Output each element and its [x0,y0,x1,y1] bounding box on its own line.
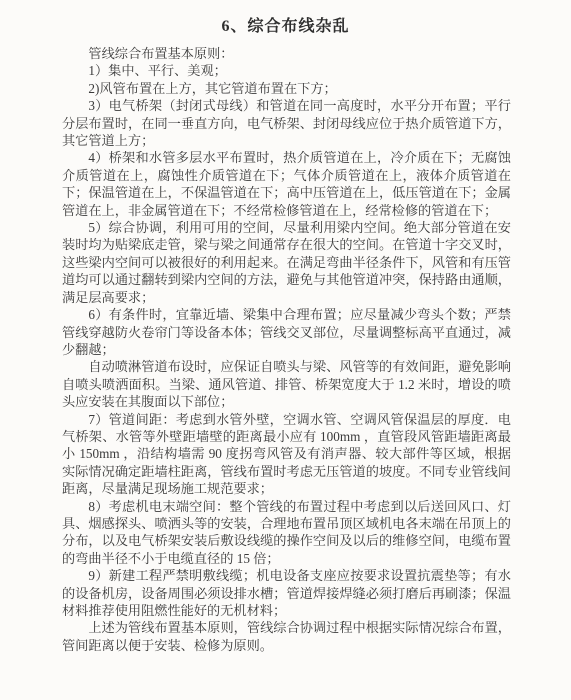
paragraph-conclusion: 上述为管线布置基本原则，管线综合协调过程中根据实际情况综合布置，管间距离以便于安… [62,619,511,654]
paragraph-rule-6: 6）有条件时，宜靠近墙、梁集中合理布置；应尽量减少弯头个数；严禁管线穿越防火卷帘… [62,306,511,358]
paragraph-rule-7: 7）管道间距：考虑到水管外壁，空调水管、空调风管保温层的厚度．电气桥架、水管等外… [62,411,511,498]
paragraph-rule-5: 5）综合协调，利用可用的空间，尽量利用梁内空间。绝大部分管道在安装时均为贴梁底走… [62,219,511,306]
paragraph-rule-2: 2)风管布置在上方，其它管道布置在下方； [62,80,511,97]
paragraph-rule-8: 8）考虑机电末端空间：整个管线的布置过程中考虑到以后送回风口、灯具、烟感探头、喷… [62,498,511,568]
paragraph-intro: 管线综合布置基本原则： [62,45,511,62]
paragraph-sprinkler-note: 自动喷淋管道布设时，应保证自喷头与梁、风管等的有效间距，避免影响自喷头喷洒面积。… [62,358,511,410]
paragraph-rule-3: 3）电气桥架（封闭式母线）和管道在同一高度时，水平分开布置；平行分层布置时，在同… [62,97,511,149]
paragraph-rule-4: 4）桥架和水管多层水平布置时，热介质管道在上，冷介质在下；无腐蚀介质管道在上，腐… [62,149,511,219]
paragraph-rule-1: 1）集中、平行、美观； [62,62,511,79]
document-page: 6、综合布线杂乱 管线综合布置基本原则： 1）集中、平行、美观； 2)风管布置在… [0,0,571,700]
page-title: 6、综合布线杂乱 [0,0,571,36]
paragraph-rule-9: 9）新建工程严禁明敷线缆；机电设备支座应按要求设置抗震垫等；有水的设备机房，设备… [62,567,511,619]
document-body: 管线综合布置基本原则： 1）集中、平行、美观； 2)风管布置在上方，其它管道布置… [62,45,511,654]
